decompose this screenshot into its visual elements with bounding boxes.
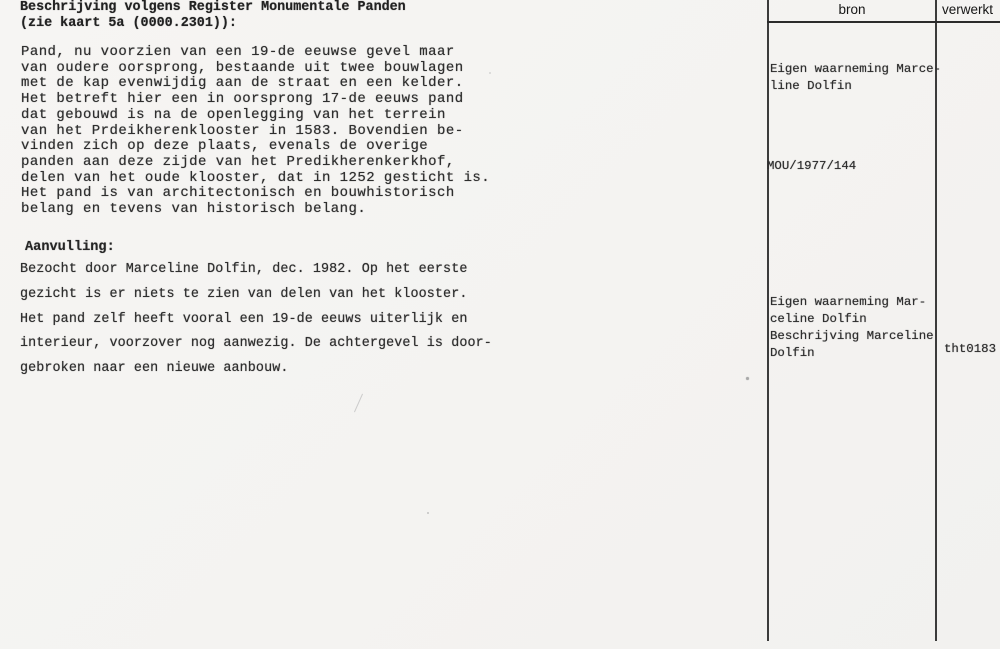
scan-scratch <box>354 394 363 413</box>
bron-entry: Eigen waarneming Mar- celine Dolfin Besc… <box>770 294 934 362</box>
scan-speck <box>746 377 749 380</box>
column-header-bron: bron <box>769 2 935 17</box>
scan-speck <box>489 72 491 74</box>
table-column-divider <box>935 0 937 641</box>
column-header-verwerkt: verwerkt <box>942 2 993 17</box>
scan-speck <box>427 512 429 514</box>
aanvulling-heading: Aanvulling: <box>25 240 115 255</box>
scanned-document-page: Beschrijving volgens Register Monumental… <box>0 0 1000 649</box>
table-header-underline <box>767 21 1000 23</box>
aanvulling-paragraph: Bezocht door Marceline Dolfin, dec. 1982… <box>20 258 492 382</box>
bron-entry: Eigen waarneming Marce- line Dolfin <box>770 61 941 94</box>
bron-entry: MOU/1977/144 <box>767 158 856 175</box>
description-paragraph: Pand, nu voorzien van een 19-de eeuwse g… <box>21 45 490 218</box>
verwerkt-value: tht0183 <box>944 342 996 356</box>
document-title: Beschrijving volgens Register Monumental… <box>20 0 406 33</box>
table-left-border <box>767 0 769 641</box>
